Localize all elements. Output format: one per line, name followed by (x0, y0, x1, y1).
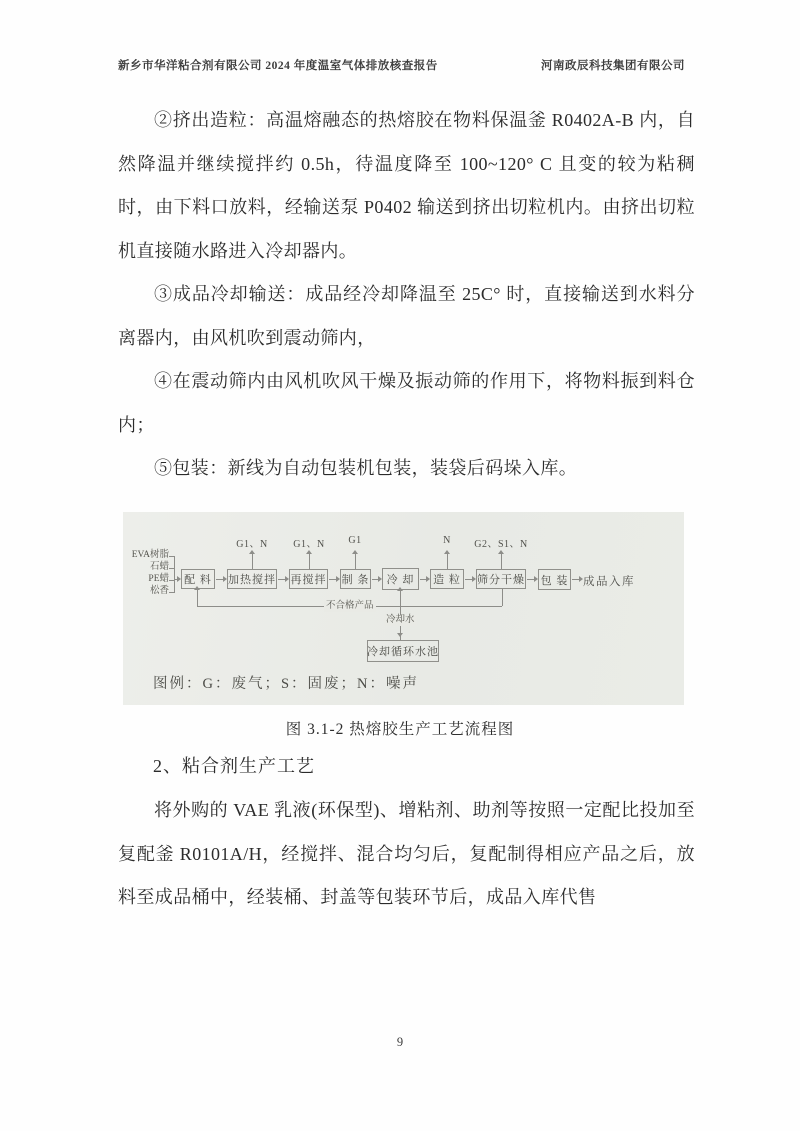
flow-step-restirring: 再搅拌 (289, 569, 328, 589)
input-label-rosin: 松香 (123, 586, 169, 597)
emission-arrow (309, 554, 310, 569)
emission-arrow (252, 554, 253, 569)
flow-arrow (420, 579, 426, 580)
reject-return-line (502, 589, 503, 606)
flow-arrow (372, 579, 378, 580)
flow-output-label: 成品入库 (583, 573, 635, 589)
input-label-eva-resin: EVA树脂 (123, 550, 169, 561)
flow-arrow (174, 579, 177, 580)
cooling-pool-box: 冷却循环水池 (367, 640, 439, 662)
flow-arrow (527, 579, 534, 580)
input-label-pe-wax: PE蜡 (123, 574, 169, 585)
flow-arrow (329, 579, 336, 580)
emission-label-restirring: G1、N (281, 535, 337, 550)
emission-label-screen-drying: G2、S1、N (459, 535, 543, 550)
paragraph-packaging: ⑤包装：新线为自动包装机包装，装袋后码垛入库。 (118, 447, 695, 491)
reject-return-arrow (197, 590, 198, 607)
flow-arrow (278, 579, 285, 580)
flow-arrow (216, 579, 223, 580)
section-heading: 2、粘合剂生产工艺 (153, 752, 315, 778)
paragraph-product-cooling: ③成品冷却输送：成品经冷却降温至 25C° 时，直接输送到水料分离器内，由风机吹… (118, 273, 695, 360)
flow-step-packing: 包 装 (538, 569, 571, 590)
flowchart-legend: 图例：G：废气；S：固废；N：噪声 (153, 672, 419, 693)
reject-line-label: 不合格产品 (324, 601, 376, 612)
emission-arrow (447, 554, 448, 569)
page-number: 9 (0, 1035, 800, 1050)
header-right-company: 河南政辰科技集团有限公司 (541, 57, 685, 73)
flow-step-strip-forming: 制 条 (340, 569, 371, 589)
process-flowchart-scan: EVA树脂 石蜡 PE蜡 松香 配 料 加热搅拌 再搅拌 制 条 冷 却 造 粒… (123, 512, 684, 705)
flow-arrow (572, 579, 579, 580)
page-header: 新乡市华洋粘合剂有限公司 2024 年度温室气体排放核查报告 河南政辰科技集团有… (118, 57, 685, 73)
cooling-water-label: 冷却水 (384, 615, 417, 626)
flow-arrow (465, 579, 472, 580)
paragraph-vibrating-screen: ④在震动筛内由风机吹风干燥及振动筛的作用下，将物料振到料仓内； (118, 360, 695, 447)
flow-step-heat-stirring: 加热搅拌 (227, 569, 277, 589)
paragraph-adhesive-process: 将外购的 VAE 乳液(环保型)、增粘剂、助剂等按照一定配比投加至复配釜 R01… (118, 789, 695, 920)
paragraph-extrusion-granulation: ②挤出造粒：高温熔融态的热熔胶在物料保温釜 R0402A-B 内，自然降温并继续… (118, 99, 695, 273)
input-label-paraffin: 石蜡 (123, 562, 169, 573)
emission-label-heat-stirring: G1、N (224, 535, 280, 550)
body-text-top: ②挤出造粒：高温熔融态的热熔胶在物料保温釜 R0402A-B 内，自然降温并继续… (118, 99, 695, 491)
input-bracket-line (174, 556, 175, 593)
document-page: 新乡市华洋粘合剂有限公司 2024 年度温室气体排放核查报告 河南政辰科技集团有… (0, 0, 800, 1131)
emission-arrow (501, 554, 502, 569)
body-text-bottom: 将外购的 VAE 乳液(环保型)、增粘剂、助剂等按照一定配比投加至复配釜 R01… (118, 789, 695, 920)
header-left-title: 新乡市华洋粘合剂有限公司 2024 年度温室气体排放核查报告 (118, 57, 438, 73)
figure-caption: 图 3.1-2 热熔胶生产工艺流程图 (0, 717, 800, 739)
flow-step-screen-drying: 筛分干燥 (476, 569, 526, 589)
flow-step-granulation: 造 粒 (430, 569, 464, 589)
emission-label-strip-forming: G1 (333, 535, 377, 546)
emission-arrow (355, 554, 356, 569)
cooling-water-down-arrow (397, 633, 403, 637)
